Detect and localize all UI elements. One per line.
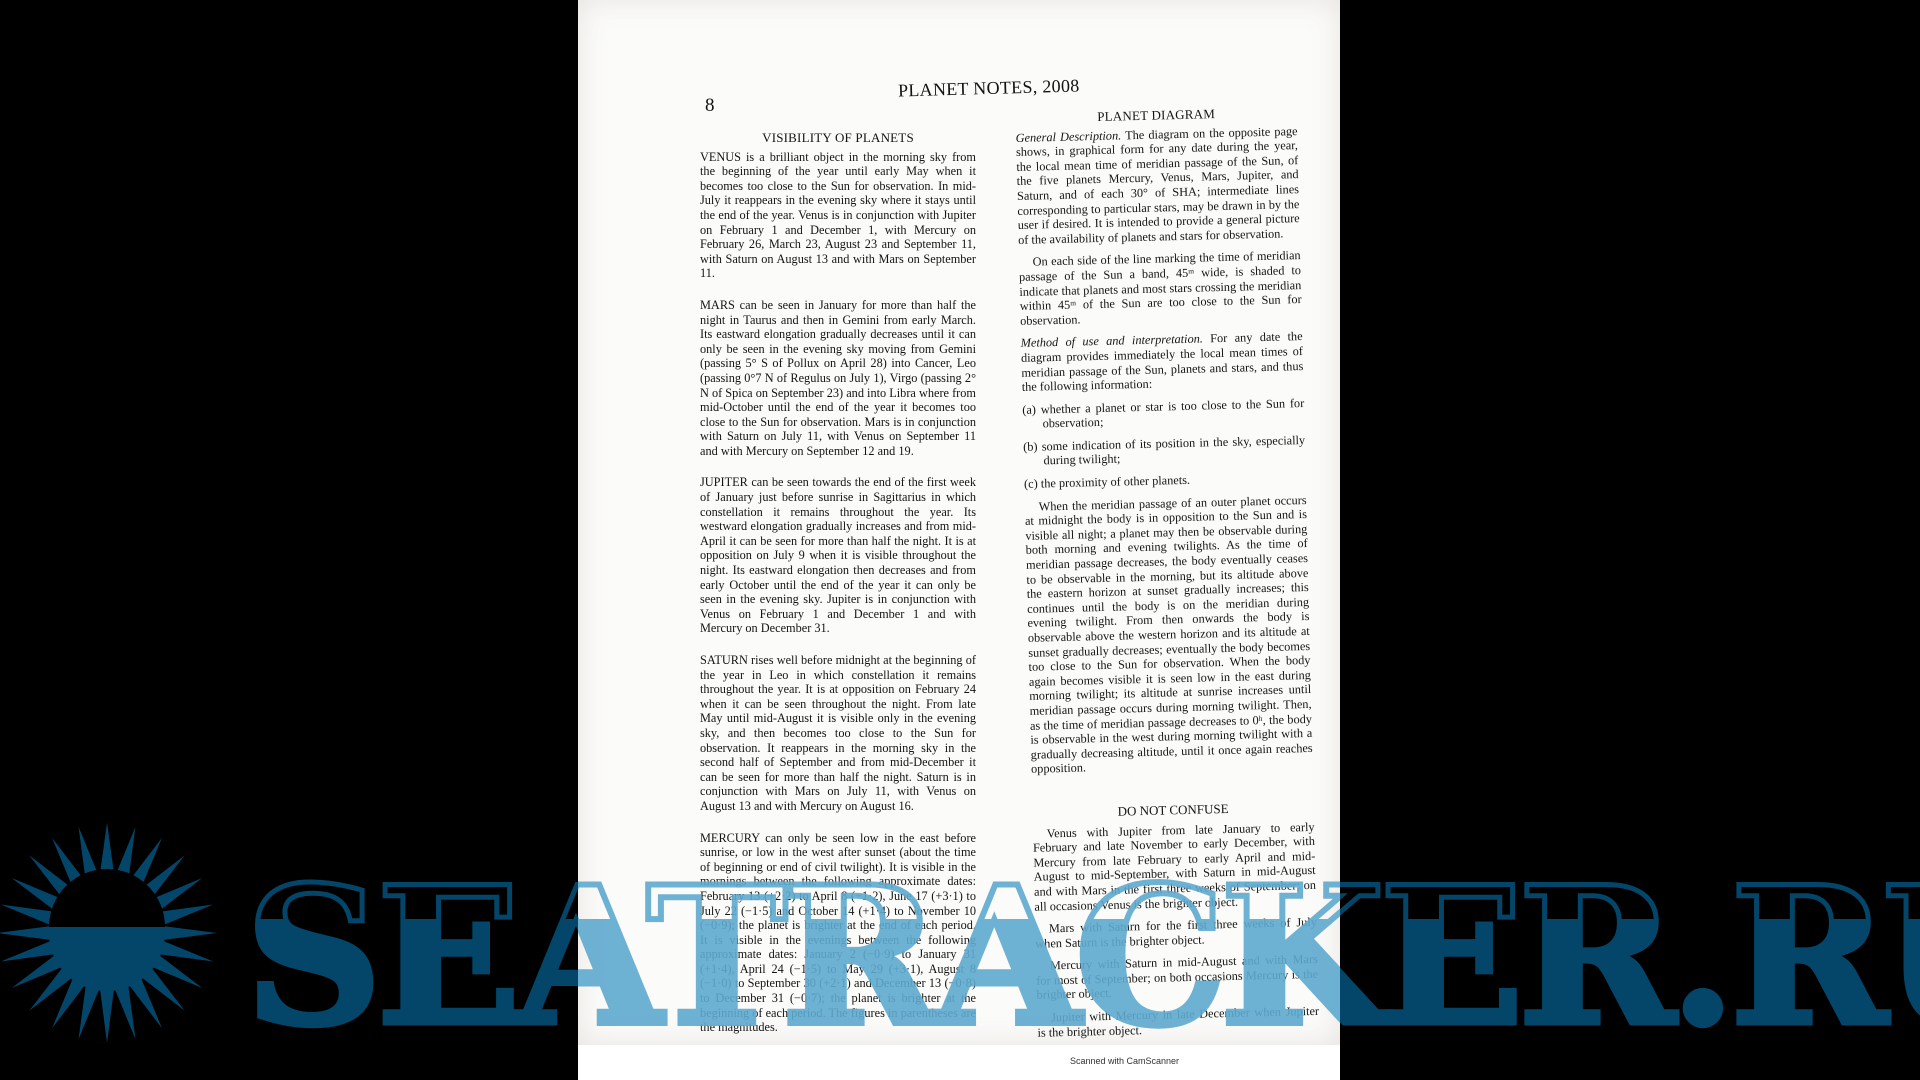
right-column: PLANET DIAGRAM General Description. The … [1015, 105, 1320, 1048]
page-number: 8 [705, 95, 715, 117]
planet-name: MERCURY [700, 831, 760, 845]
general-description-paragraph: General Description. The diagram on the … [1015, 124, 1300, 248]
section-title-visibility: VISIBILITY OF PLANETS [700, 131, 976, 146]
mars-paragraph: MARS can be seen in January for more tha… [700, 298, 976, 459]
jupiter-paragraph: JUPITER can be seen towards the end of t… [700, 475, 976, 636]
planet-name: MARS [700, 298, 735, 312]
confuse-paragraph: Mars with Saturn for the first three wee… [1035, 915, 1318, 951]
planet-name: JUPITER [700, 475, 748, 489]
meridian-paragraph: When the meridian passage of an outer pl… [1024, 493, 1313, 777]
saturn-paragraph: SATURN rises well before midnight at the… [700, 653, 976, 814]
sun-icon [0, 823, 217, 1043]
list-item: (b) some indication of its position in t… [1023, 433, 1306, 469]
list-item: (a) whether a planet or star is too clos… [1022, 396, 1305, 432]
method-paragraph: Method of use and interpretation. For an… [1020, 329, 1303, 394]
mercury-paragraph: MERCURY can only be seen low in the east… [700, 831, 976, 1035]
confuse-paragraph: Mercury with Saturn in mid-August and wi… [1036, 952, 1319, 1003]
section-title-do-not-confuse: DO NOT CONFUSE [1032, 800, 1314, 821]
venus-paragraph: VENUS is a brilliant object in the morni… [700, 150, 976, 281]
scan-footer: Scanned with CamScanner [1070, 1056, 1179, 1066]
band-paragraph: On each side of the line marking the tim… [1019, 248, 1303, 328]
list-item: (c) the proximity of other planets. [1024, 470, 1306, 491]
confuse-paragraph: Venus with Jupiter from late January to … [1032, 819, 1316, 913]
confuse-paragraph: Jupiter with Mercury in late December wh… [1037, 1004, 1320, 1040]
planet-name: SATURN [700, 653, 748, 667]
left-column: VISIBILITY OF PLANETS VENUS is a brillia… [700, 131, 976, 1052]
planet-name: VENUS [700, 150, 741, 164]
